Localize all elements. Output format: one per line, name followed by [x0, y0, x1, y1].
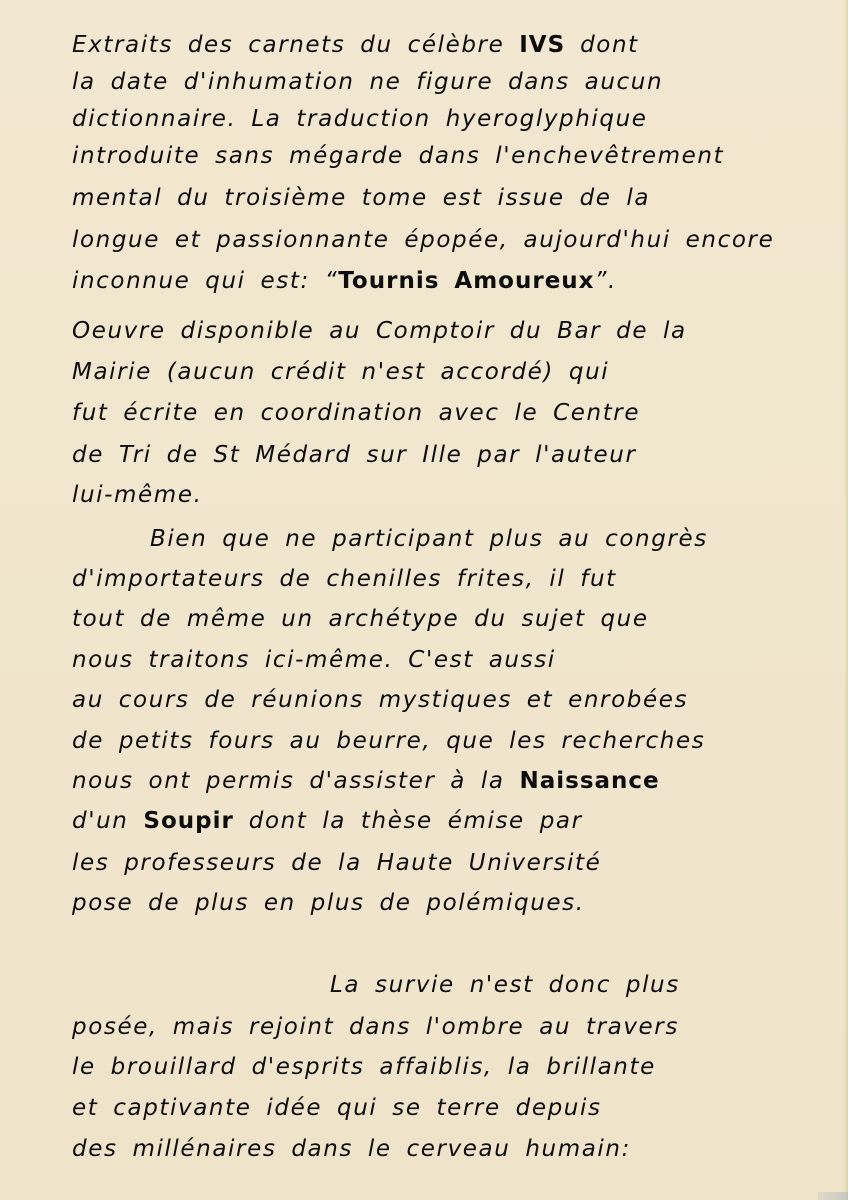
text-line: posée, mais rejoint dans l'ombre au trav… — [72, 1012, 679, 1042]
text-line: de petits fours au beurre, que les reche… — [72, 726, 705, 756]
emphasis-ivs: IVS — [519, 32, 565, 58]
text-line: de Tri de St Médard sur Ille par l'auteu… — [72, 440, 637, 470]
text-line: Mairie (aucun crédit n'est accordé) qui — [72, 357, 609, 387]
text-line: inconnue qui est: “Tournis Amoureux”. — [72, 266, 617, 296]
emphasis-naissance: Naissance — [519, 768, 659, 794]
text-line: tout de même un archétype du sujet que — [72, 604, 649, 634]
text-line: fut écrite en coordination avec le Centr… — [72, 398, 640, 428]
text-line: la date d'inhumation ne figure dans aucu… — [72, 67, 663, 97]
text-line: nous ont permis d'assister à la Naissanc… — [72, 766, 660, 796]
text-line: mental du troisième tome est issue de la — [72, 183, 650, 213]
text-line: les professeurs de la Haute Université — [72, 848, 601, 878]
paper-edge — [844, 0, 848, 1200]
text-line: au cours de réunions mystiques et enrobé… — [72, 685, 688, 715]
paper-corner — [818, 1192, 848, 1200]
text-line: La survie n'est donc plus — [330, 970, 680, 1000]
text-line: Bien que ne participant plus au congrès — [150, 524, 708, 554]
text-line: Oeuvre disponible au Comptoir du Bar de … — [72, 316, 687, 346]
emphasis-soupir: Soupir — [143, 808, 233, 834]
text-line: des millénaires dans le cerveau humain: — [72, 1134, 631, 1164]
text-line: pose de plus en plus de polémiques. — [72, 888, 585, 918]
text-line: le brouillard d'esprits affaiblis, la br… — [72, 1052, 656, 1082]
text-line: d'un Soupir dont la thèse émise par — [72, 806, 583, 836]
emphasis-title: Tournis Amoureux — [338, 268, 594, 294]
text-line: Extraits des carnets du célèbre IVS dont — [72, 30, 639, 60]
paper-page: Extraits des carnets du célèbre IVS dont… — [0, 0, 848, 1200]
text-line: lui-même. — [72, 480, 202, 510]
text-line: d'importateurs de chenilles frites, il f… — [72, 564, 617, 594]
text-line: dictionnaire. La traduction hyeroglyphiq… — [72, 104, 648, 134]
text-line: et captivante idée qui se terre depuis — [72, 1093, 602, 1123]
text-line: longue et passionnante épopée, aujourd'h… — [72, 225, 774, 255]
text-line: nous traitons ici-même. C'est aussi — [72, 645, 556, 675]
text-line: introduite sans mégarde dans l'enchevêtr… — [72, 141, 724, 171]
